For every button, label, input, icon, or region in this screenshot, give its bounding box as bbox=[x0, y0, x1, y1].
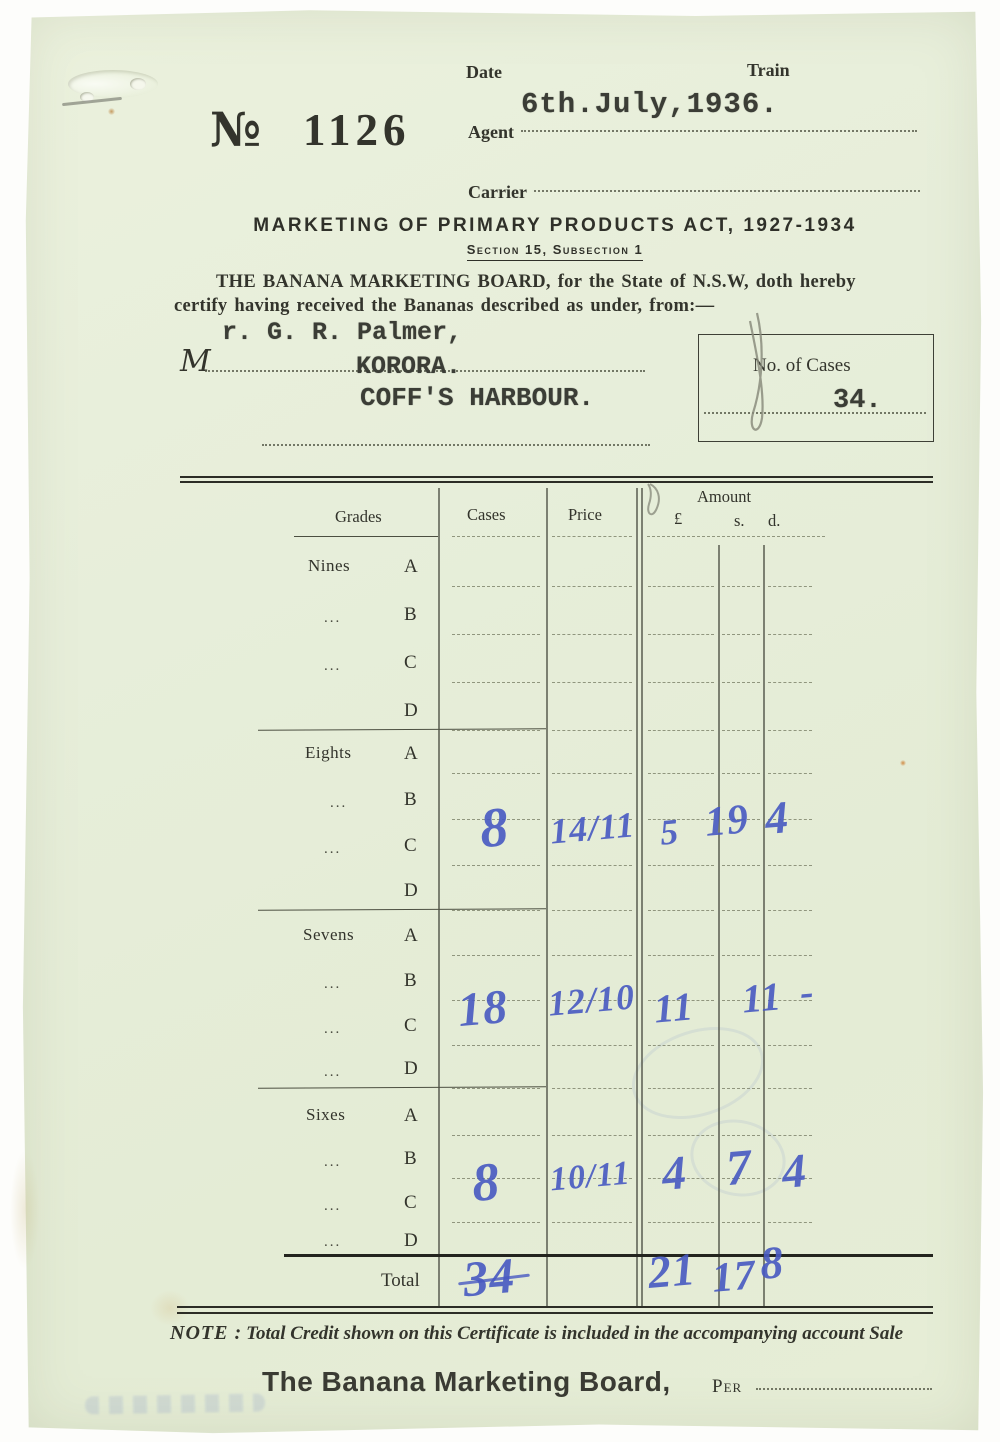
note-line: NOTE : Total Credit shown on this Certif… bbox=[170, 1322, 950, 1345]
row-dots: ... bbox=[324, 1154, 341, 1171]
hw-sixes-c-pound: 4 bbox=[660, 1149, 689, 1199]
edge-stain bbox=[150, 1290, 190, 1326]
hw-sixes-c-cases: 8 bbox=[470, 1154, 503, 1210]
hw-sevens-c-price: 12/10 bbox=[547, 978, 637, 1021]
hw-sevens-c-pound: 11 bbox=[652, 986, 695, 1029]
grade-letter: A bbox=[404, 556, 418, 578]
hw-sevens-c-shillings: 11 bbox=[740, 976, 783, 1019]
hw-sixes-c-pence: 4 bbox=[780, 1147, 809, 1197]
grade-letter: D bbox=[404, 880, 418, 902]
date-value: 6th.July,1936. bbox=[521, 88, 779, 121]
hw-total-shillings: 17 bbox=[710, 1254, 757, 1300]
col-header-pound: £ bbox=[674, 509, 682, 529]
grade-letter: B bbox=[404, 1148, 417, 1170]
certificate-no-label: № bbox=[210, 103, 261, 158]
scanned-certificate: Date Train 6th.July,1936. № 1126 Agent C… bbox=[0, 0, 1000, 1442]
grade-letter: C bbox=[404, 652, 417, 674]
table-vline bbox=[641, 488, 643, 1308]
consignor-port: COFF'S HARBOUR. bbox=[360, 383, 594, 413]
col-header-pence: d. bbox=[768, 511, 780, 531]
total-label: Total bbox=[381, 1270, 420, 1292]
grade-letter: C bbox=[404, 1192, 417, 1214]
cases-box bbox=[698, 334, 934, 442]
table-vline bbox=[718, 545, 720, 1308]
grade-letter: A bbox=[404, 925, 418, 947]
row-dots: ... bbox=[324, 1021, 341, 1038]
certificate-no-value: 1126 bbox=[303, 104, 411, 156]
hw-total-pence: 8 bbox=[758, 1239, 786, 1287]
hw-eights-c-price: 14/11 bbox=[549, 806, 637, 849]
carrier-label: Carrier bbox=[468, 182, 527, 203]
table-vline bbox=[763, 545, 765, 1308]
consignor-m-prefix: M bbox=[180, 344, 211, 379]
table-bottom-rule bbox=[177, 1312, 933, 1314]
grade-letter: C bbox=[404, 1015, 417, 1037]
grade-letter: A bbox=[404, 743, 418, 765]
footer-org: The Banana Marketing Board, bbox=[262, 1366, 671, 1398]
note-text: Total Credit shown on this Certificate i… bbox=[246, 1323, 903, 1344]
header-underline bbox=[294, 536, 438, 537]
row-dots: ... bbox=[330, 795, 347, 812]
pencil-mark bbox=[642, 482, 670, 522]
grade-letter: A bbox=[404, 1105, 418, 1127]
table-vline bbox=[636, 488, 638, 1308]
hw-eights-c-pound: 5 bbox=[658, 813, 680, 851]
grade-group-sevens: Sevens bbox=[303, 925, 354, 945]
grade-letter: D bbox=[404, 1058, 418, 1080]
rust-spot bbox=[108, 108, 115, 115]
section-subtitle: Section 15, Subsection 1 bbox=[467, 242, 643, 261]
rust-spot bbox=[900, 760, 906, 766]
row-dots: ... bbox=[324, 610, 341, 627]
hw-sixes-c-price: 10/11 bbox=[549, 1157, 632, 1198]
grade-letter: D bbox=[404, 700, 418, 722]
row-dots: ... bbox=[324, 976, 341, 993]
carrier-blank-line bbox=[534, 190, 920, 192]
date-label: Date bbox=[466, 62, 502, 83]
train-label: Train bbox=[747, 60, 790, 81]
declaration-line1: THE BANANA MARKETING BOARD, for the Stat… bbox=[216, 272, 856, 293]
section-subtitle-wrap: Section 15, Subsection 1 bbox=[155, 241, 955, 261]
col-header-price: Price bbox=[568, 505, 602, 525]
ink-bleed bbox=[85, 1393, 265, 1414]
hw-sevens-c-cases: 18 bbox=[456, 983, 510, 1035]
agent-blank-line bbox=[521, 130, 917, 132]
consignor-line2 bbox=[262, 444, 650, 446]
row-dots: ... bbox=[324, 841, 341, 858]
row-dots: ... bbox=[324, 1198, 341, 1215]
header-underline bbox=[452, 536, 540, 537]
grade-letter: B bbox=[404, 604, 417, 626]
hw-sixes-c-shillings: 7 bbox=[724, 1141, 754, 1193]
note-label: NOTE : bbox=[170, 1322, 242, 1344]
col-header-cases: Cases bbox=[467, 505, 506, 525]
footer-per-label: Per bbox=[712, 1376, 742, 1398]
hw-eights-c-cases: 8 bbox=[478, 799, 512, 857]
consignor-name: r. G. R. Palmer, bbox=[222, 318, 462, 347]
grade-letter: D bbox=[404, 1230, 418, 1252]
table-vline bbox=[438, 488, 440, 1308]
row-dots: ... bbox=[324, 1234, 341, 1251]
col-header-grades: Grades bbox=[335, 507, 382, 527]
grade-letter: B bbox=[404, 789, 417, 811]
table-top-rule bbox=[180, 476, 933, 478]
table-top-rule bbox=[180, 481, 933, 483]
col-header-amount: Amount bbox=[697, 487, 751, 507]
footer-per-line bbox=[756, 1388, 932, 1390]
row-dots: ... bbox=[324, 1064, 341, 1081]
hw-eights-c-shillings: 19 bbox=[703, 798, 750, 844]
grade-group-sixes: Sixes bbox=[306, 1105, 345, 1125]
row-dots: ... bbox=[324, 658, 341, 675]
grade-letter: C bbox=[404, 835, 417, 857]
grade-group-nines: Nines bbox=[308, 556, 350, 576]
col-header-shillings: s. bbox=[734, 511, 745, 531]
grade-letter: B bbox=[404, 970, 417, 992]
header-underline bbox=[647, 536, 825, 537]
act-title: MARKETING OF PRIMARY PRODUCTS ACT, 1927-… bbox=[155, 215, 955, 237]
hw-eights-c-pence: 4 bbox=[763, 794, 791, 842]
edge-stain bbox=[10, 1150, 40, 1270]
grade-group-eights: Eights bbox=[305, 743, 351, 763]
table-vline bbox=[546, 488, 548, 1308]
staple-hole bbox=[130, 78, 146, 90]
declaration-line2: certify having received the Bananas desc… bbox=[174, 296, 714, 317]
consignor-town: KORORA. bbox=[356, 352, 461, 381]
pencil-mark bbox=[735, 305, 785, 445]
hw-total-pound: 21 bbox=[646, 1246, 698, 1296]
table-bottom-rule bbox=[177, 1306, 933, 1308]
header-underline bbox=[552, 536, 632, 537]
agent-label: Agent bbox=[468, 122, 514, 143]
total-top-rule bbox=[284, 1254, 933, 1257]
